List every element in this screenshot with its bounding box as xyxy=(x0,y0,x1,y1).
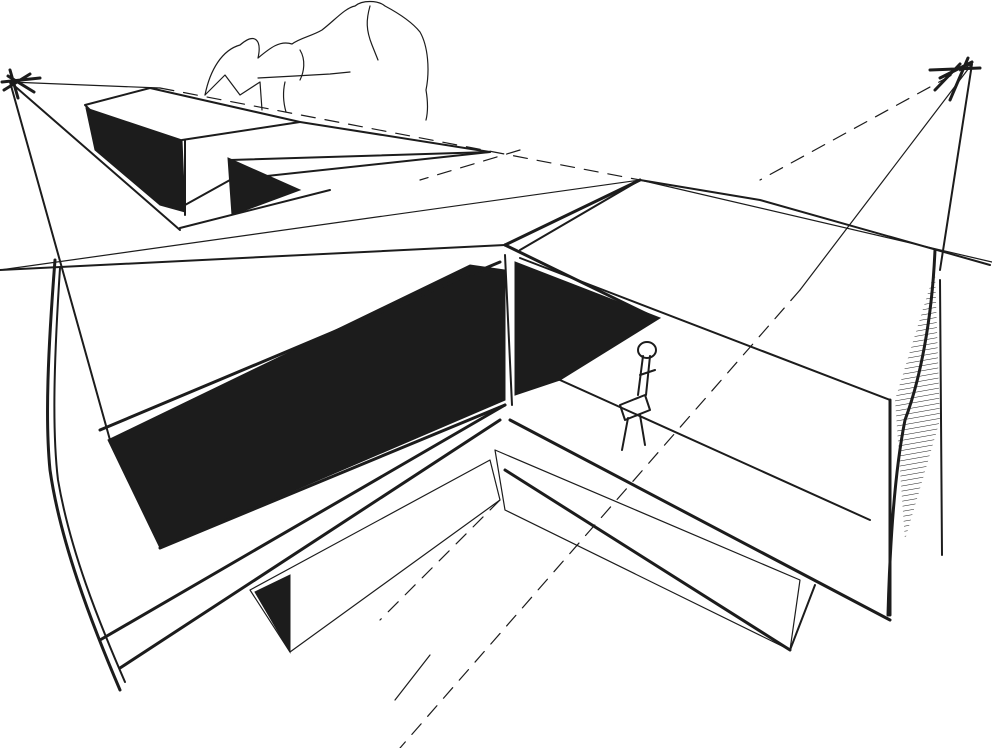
left-corner-column xyxy=(48,260,125,690)
lower-right-soffit-hatching xyxy=(495,380,890,650)
construction-line xyxy=(380,500,500,620)
construction-line xyxy=(395,655,430,700)
left-vanishing-point xyxy=(2,70,40,98)
right-corner-column xyxy=(888,250,942,615)
human-figure xyxy=(620,342,656,450)
shaded-left-recess xyxy=(100,262,505,548)
rear-block-volume xyxy=(85,88,490,228)
architectural-sketch xyxy=(0,0,992,748)
shaded-right-recess xyxy=(505,255,660,405)
background-tree-outline xyxy=(205,2,428,121)
